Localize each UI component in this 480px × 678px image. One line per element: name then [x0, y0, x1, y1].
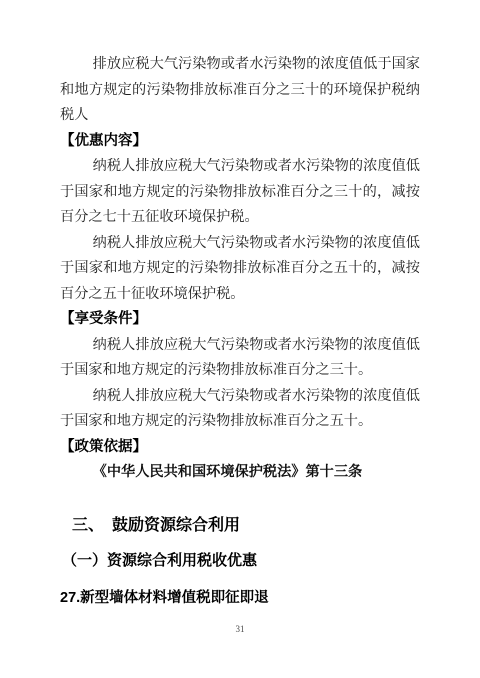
paragraph-condition-50: 纳税人排放应税大气污染物或者水污染物的浓度值低于国家和地方规定的污染物排放标准百…: [60, 384, 420, 435]
item-heading-27-wall-materials-vat: 27.新型墙体材料增值税即征即退: [60, 585, 420, 611]
document-content: 排放应税大气污染物或者水污染物的浓度值低于国家和地方规定的污染物排放标准百分之三…: [60, 52, 420, 611]
bracket-heading-preferential-content: 【优惠内容】: [60, 129, 420, 155]
subsection-heading-tax-preference: （一）资源综合利用税收优惠: [60, 548, 420, 574]
section-heading-resource-utilization: 三、 鼓励资源综合利用: [60, 513, 420, 539]
paragraph-carryover: 排放应税大气污染物或者水污染物的浓度值低于国家和地方规定的污染物排放标准百分之三…: [60, 52, 420, 129]
paragraph-law-citation: 《中华人民共和国环境保护税法》第十三条: [60, 460, 420, 486]
paragraph-condition-30: 纳税人排放应税大气污染物或者水污染物的浓度值低于国家和地方规定的污染物排放标准百…: [60, 333, 420, 384]
paragraph-discount-75: 纳税人排放应税大气污染物或者水污染物的浓度值低于国家和地方规定的污染物排放标准百…: [60, 154, 420, 231]
bracket-heading-eligibility-conditions: 【享受条件】: [60, 307, 420, 333]
bracket-heading-policy-basis: 【政策依据】: [60, 435, 420, 461]
document-page: 排放应税大气污染物或者水污染物的浓度值低于国家和地方规定的污染物排放标准百分之三…: [0, 0, 480, 678]
page-number: 31: [0, 623, 480, 635]
paragraph-discount-50: 纳税人排放应税大气污染物或者水污染物的浓度值低于国家和地方规定的污染物排放标准百…: [60, 231, 420, 308]
